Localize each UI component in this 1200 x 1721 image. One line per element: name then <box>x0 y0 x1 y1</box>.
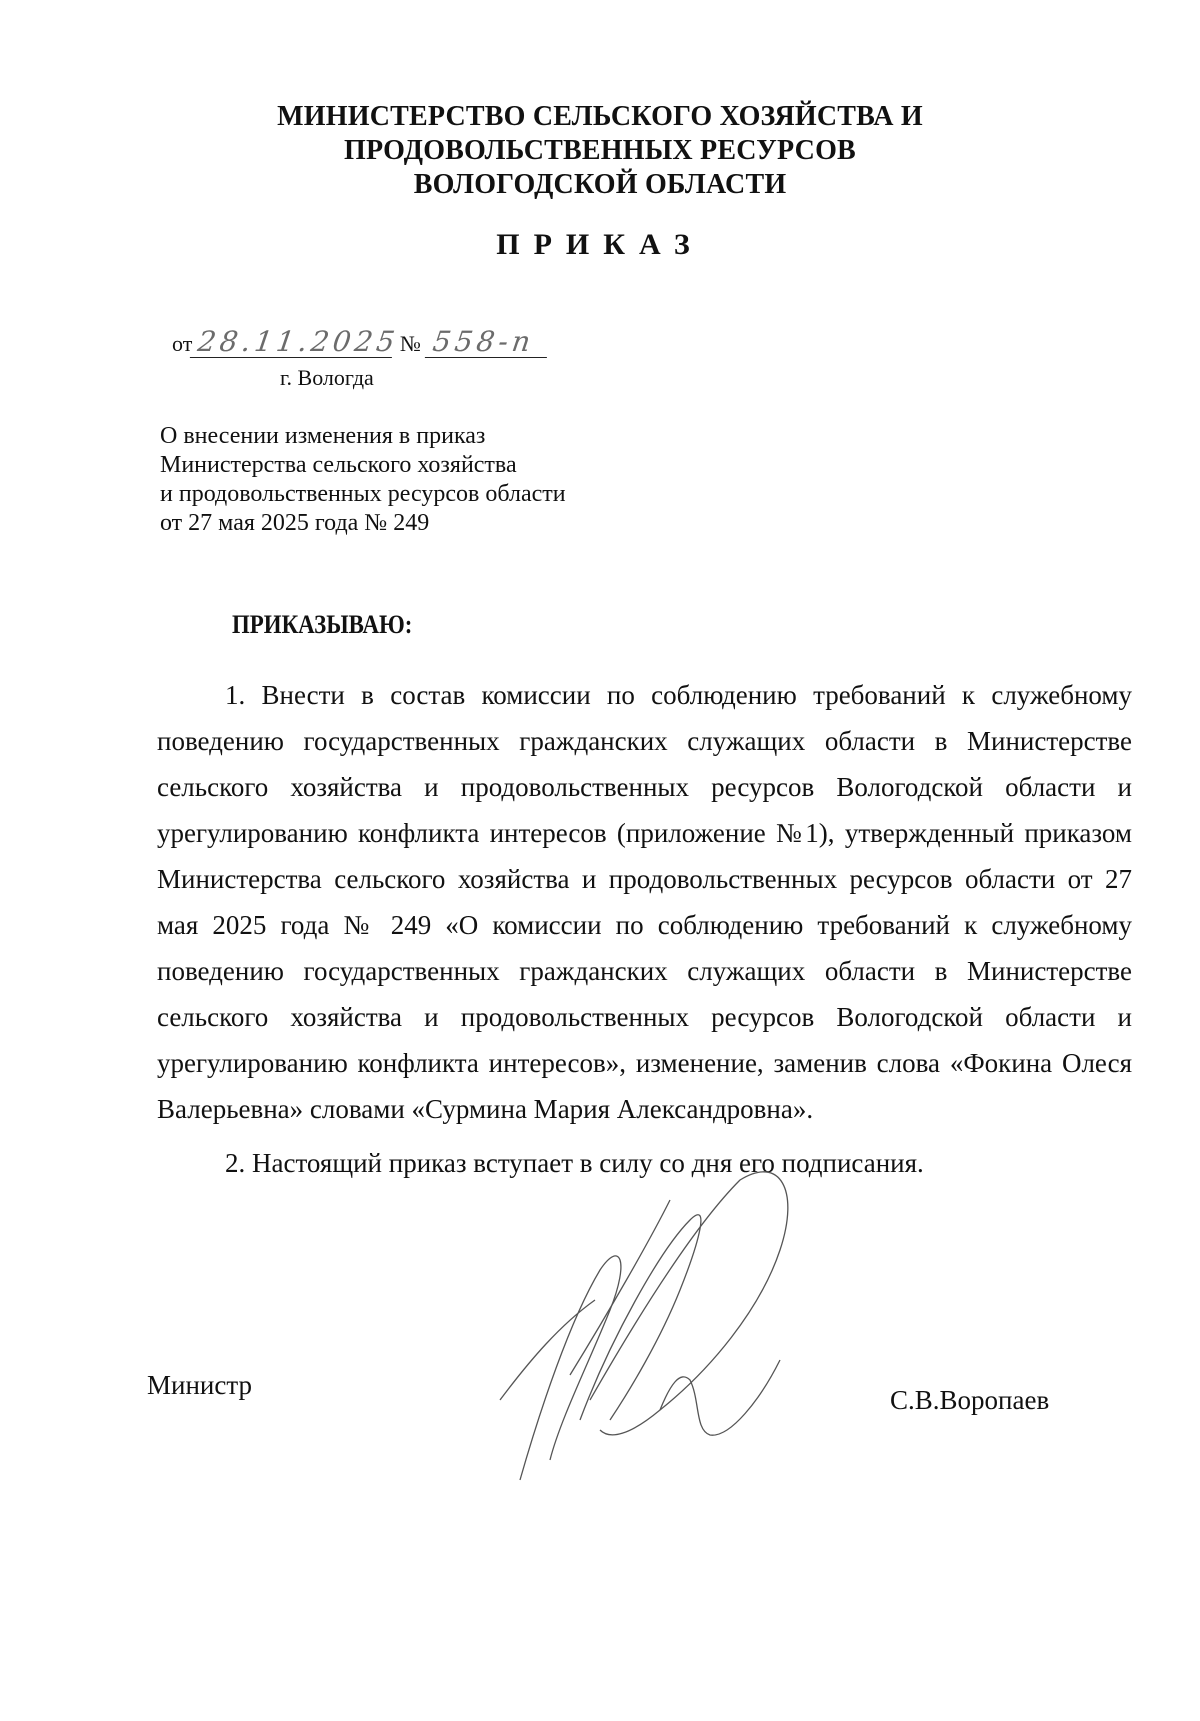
subject-line-3: и продовольственных ресурсов области <box>160 480 566 509</box>
header-line-2: ПРОДОВОЛЬСТВЕННЫХ РЕСУРСОВ <box>250 134 950 168</box>
handwritten-number: 558-п <box>425 327 551 358</box>
number-prefix: № <box>400 331 421 356</box>
signatory-position: Министр <box>147 1370 252 1401</box>
document-subject: О внесении изменения в приказ Министерст… <box>160 422 566 538</box>
document-title: ПРИКАЗ <box>0 228 1200 262</box>
ministry-header: МИНИСТЕРСТВО СЕЛЬСКОГО ХОЗЯЙСТВА И ПРОДО… <box>250 100 950 202</box>
date-prefix: от <box>172 331 192 356</box>
city-label: г. Вологда <box>280 365 374 391</box>
signatory-name: С.В.Воропаев <box>890 1385 1049 1416</box>
decree-heading: ПРИКАЗЫВАЮ: <box>232 610 412 640</box>
handwritten-date: 28.11.2025 <box>190 327 396 358</box>
subject-line-1: О внесении изменения в приказ <box>160 422 566 451</box>
header-line-3: ВОЛОГОДСКОЙ ОБЛАСТИ <box>250 168 950 202</box>
subject-line-2: Министерства сельского хозяйства <box>160 451 566 480</box>
subject-line-4: от 27 мая 2025 года № 249 <box>160 509 566 538</box>
paragraph-2: 2. Настоящий приказ вступает в силу со д… <box>157 1140 1132 1186</box>
registration-row: от28.11.2025 №558-п <box>172 327 549 358</box>
handwritten-signature-icon <box>460 1160 880 1490</box>
document-body: 1. Внести в состав комиссии по соблюдени… <box>157 672 1132 1186</box>
header-line-1: МИНИСТЕРСТВО СЕЛЬСКОГО ХОЗЯЙСТВА И <box>250 100 950 134</box>
paragraph-1: 1. Внести в состав комиссии по соблюдени… <box>157 672 1132 1132</box>
